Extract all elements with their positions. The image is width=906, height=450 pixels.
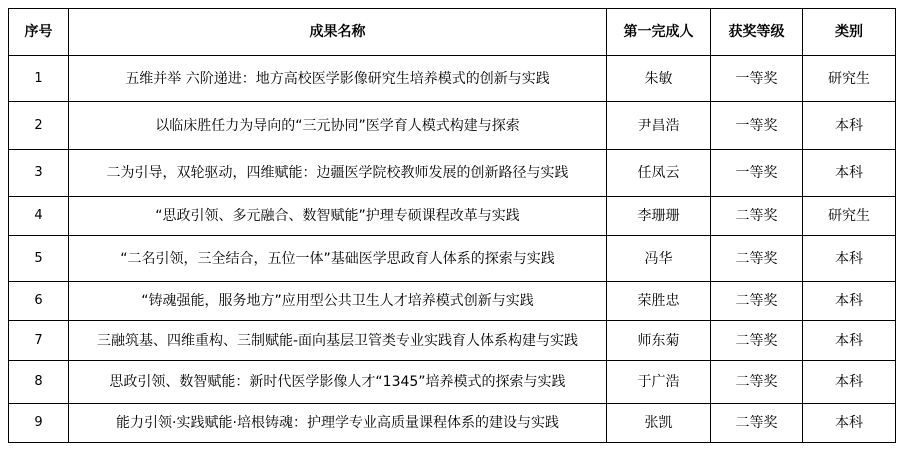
cell-type: 研究生: [803, 56, 896, 102]
header-title: 成果名称: [69, 9, 607, 56]
cell-type: 本科: [803, 102, 896, 150]
header-type: 类别: [803, 9, 896, 56]
cell-person: 尹昌浩: [607, 102, 711, 150]
cell-type: 本科: [803, 404, 896, 443]
cell-person: 冯华: [607, 236, 711, 282]
table-row: 4 “思政引领、多元融合、数智赋能”护理专硕课程改革与实践 李珊珊 二等奖 研究…: [9, 197, 896, 236]
cell-num: 3: [9, 150, 69, 197]
header-num: 序号: [9, 9, 69, 56]
cell-type: 本科: [803, 321, 896, 361]
cell-level: 二等奖: [711, 361, 803, 404]
cell-num: 5: [9, 236, 69, 282]
awards-table: 序号 成果名称 第一完成人 获奖等级 类别 1 五维并举 六阶递进：地方高校医学…: [8, 8, 896, 443]
table-row: 5 “二名引领，三全结合，五位一体”基础医学思政育人体系的探索与实践 冯华 二等…: [9, 236, 896, 282]
cell-type: 本科: [803, 282, 896, 321]
table-header-row: 序号 成果名称 第一完成人 获奖等级 类别: [9, 9, 896, 56]
cell-person: 朱敏: [607, 56, 711, 102]
cell-title: 五维并举 六阶递进：地方高校医学影像研究生培养模式的创新与实践: [69, 56, 607, 102]
cell-num: 1: [9, 56, 69, 102]
cell-person: 任凤云: [607, 150, 711, 197]
cell-person: 师东菊: [607, 321, 711, 361]
table-row: 6 “铸魂强能，服务地方”应用型公共卫生人才培养模式创新与实践 荣胜忠 二等奖 …: [9, 282, 896, 321]
header-level: 获奖等级: [711, 9, 803, 56]
cell-type: 本科: [803, 236, 896, 282]
cell-person: 于广浩: [607, 361, 711, 404]
cell-title: 以临床胜任力为导向的“三元协同”医学育人模式构建与探索: [69, 102, 607, 150]
cell-title: 思政引领、数智赋能：新时代医学影像人才“1345”培养模式的探索与实践: [69, 361, 607, 404]
table-row: 9 能力引领·实践赋能·培根铸魂：护理学专业高质量课程体系的建设与实践 张凯 二…: [9, 404, 896, 443]
cell-person: 李珊珊: [607, 197, 711, 236]
cell-type: 研究生: [803, 197, 896, 236]
cell-type: 本科: [803, 150, 896, 197]
table-row: 3 二为引导，双轮驱动，四维赋能：边疆医学院校教师发展的创新路径与实践 任凤云 …: [9, 150, 896, 197]
cell-title: 二为引导，双轮驱动，四维赋能：边疆医学院校教师发展的创新路径与实践: [69, 150, 607, 197]
cell-type: 本科: [803, 361, 896, 404]
table-row: 8 思政引领、数智赋能：新时代医学影像人才“1345”培养模式的探索与实践 于广…: [9, 361, 896, 404]
cell-level: 二等奖: [711, 282, 803, 321]
cell-num: 4: [9, 197, 69, 236]
cell-title: “二名引领，三全结合，五位一体”基础医学思政育人体系的探索与实践: [69, 236, 607, 282]
cell-title: 三融筑基、四维重构、三制赋能-面向基层卫管类专业实践育人体系构建与实践: [69, 321, 607, 361]
cell-num: 7: [9, 321, 69, 361]
cell-title: 能力引领·实践赋能·培根铸魂：护理学专业高质量课程体系的建设与实践: [69, 404, 607, 443]
cell-level: 二等奖: [711, 197, 803, 236]
cell-title: “思政引领、多元融合、数智赋能”护理专硕课程改革与实践: [69, 197, 607, 236]
cell-level: 一等奖: [711, 56, 803, 102]
cell-level: 一等奖: [711, 150, 803, 197]
cell-level: 二等奖: [711, 236, 803, 282]
table-row: 2 以临床胜任力为导向的“三元协同”医学育人模式构建与探索 尹昌浩 一等奖 本科: [9, 102, 896, 150]
cell-num: 9: [9, 404, 69, 443]
table-row: 7 三融筑基、四维重构、三制赋能-面向基层卫管类专业实践育人体系构建与实践 师东…: [9, 321, 896, 361]
cell-title: “铸魂强能，服务地方”应用型公共卫生人才培养模式创新与实践: [69, 282, 607, 321]
cell-level: 二等奖: [711, 404, 803, 443]
header-person: 第一完成人: [607, 9, 711, 56]
cell-level: 二等奖: [711, 321, 803, 361]
cell-person: 荣胜忠: [607, 282, 711, 321]
cell-num: 6: [9, 282, 69, 321]
cell-person: 张凯: [607, 404, 711, 443]
table-row: 1 五维并举 六阶递进：地方高校医学影像研究生培养模式的创新与实践 朱敏 一等奖…: [9, 56, 896, 102]
cell-num: 8: [9, 361, 69, 404]
cell-num: 2: [9, 102, 69, 150]
cell-level: 一等奖: [711, 102, 803, 150]
